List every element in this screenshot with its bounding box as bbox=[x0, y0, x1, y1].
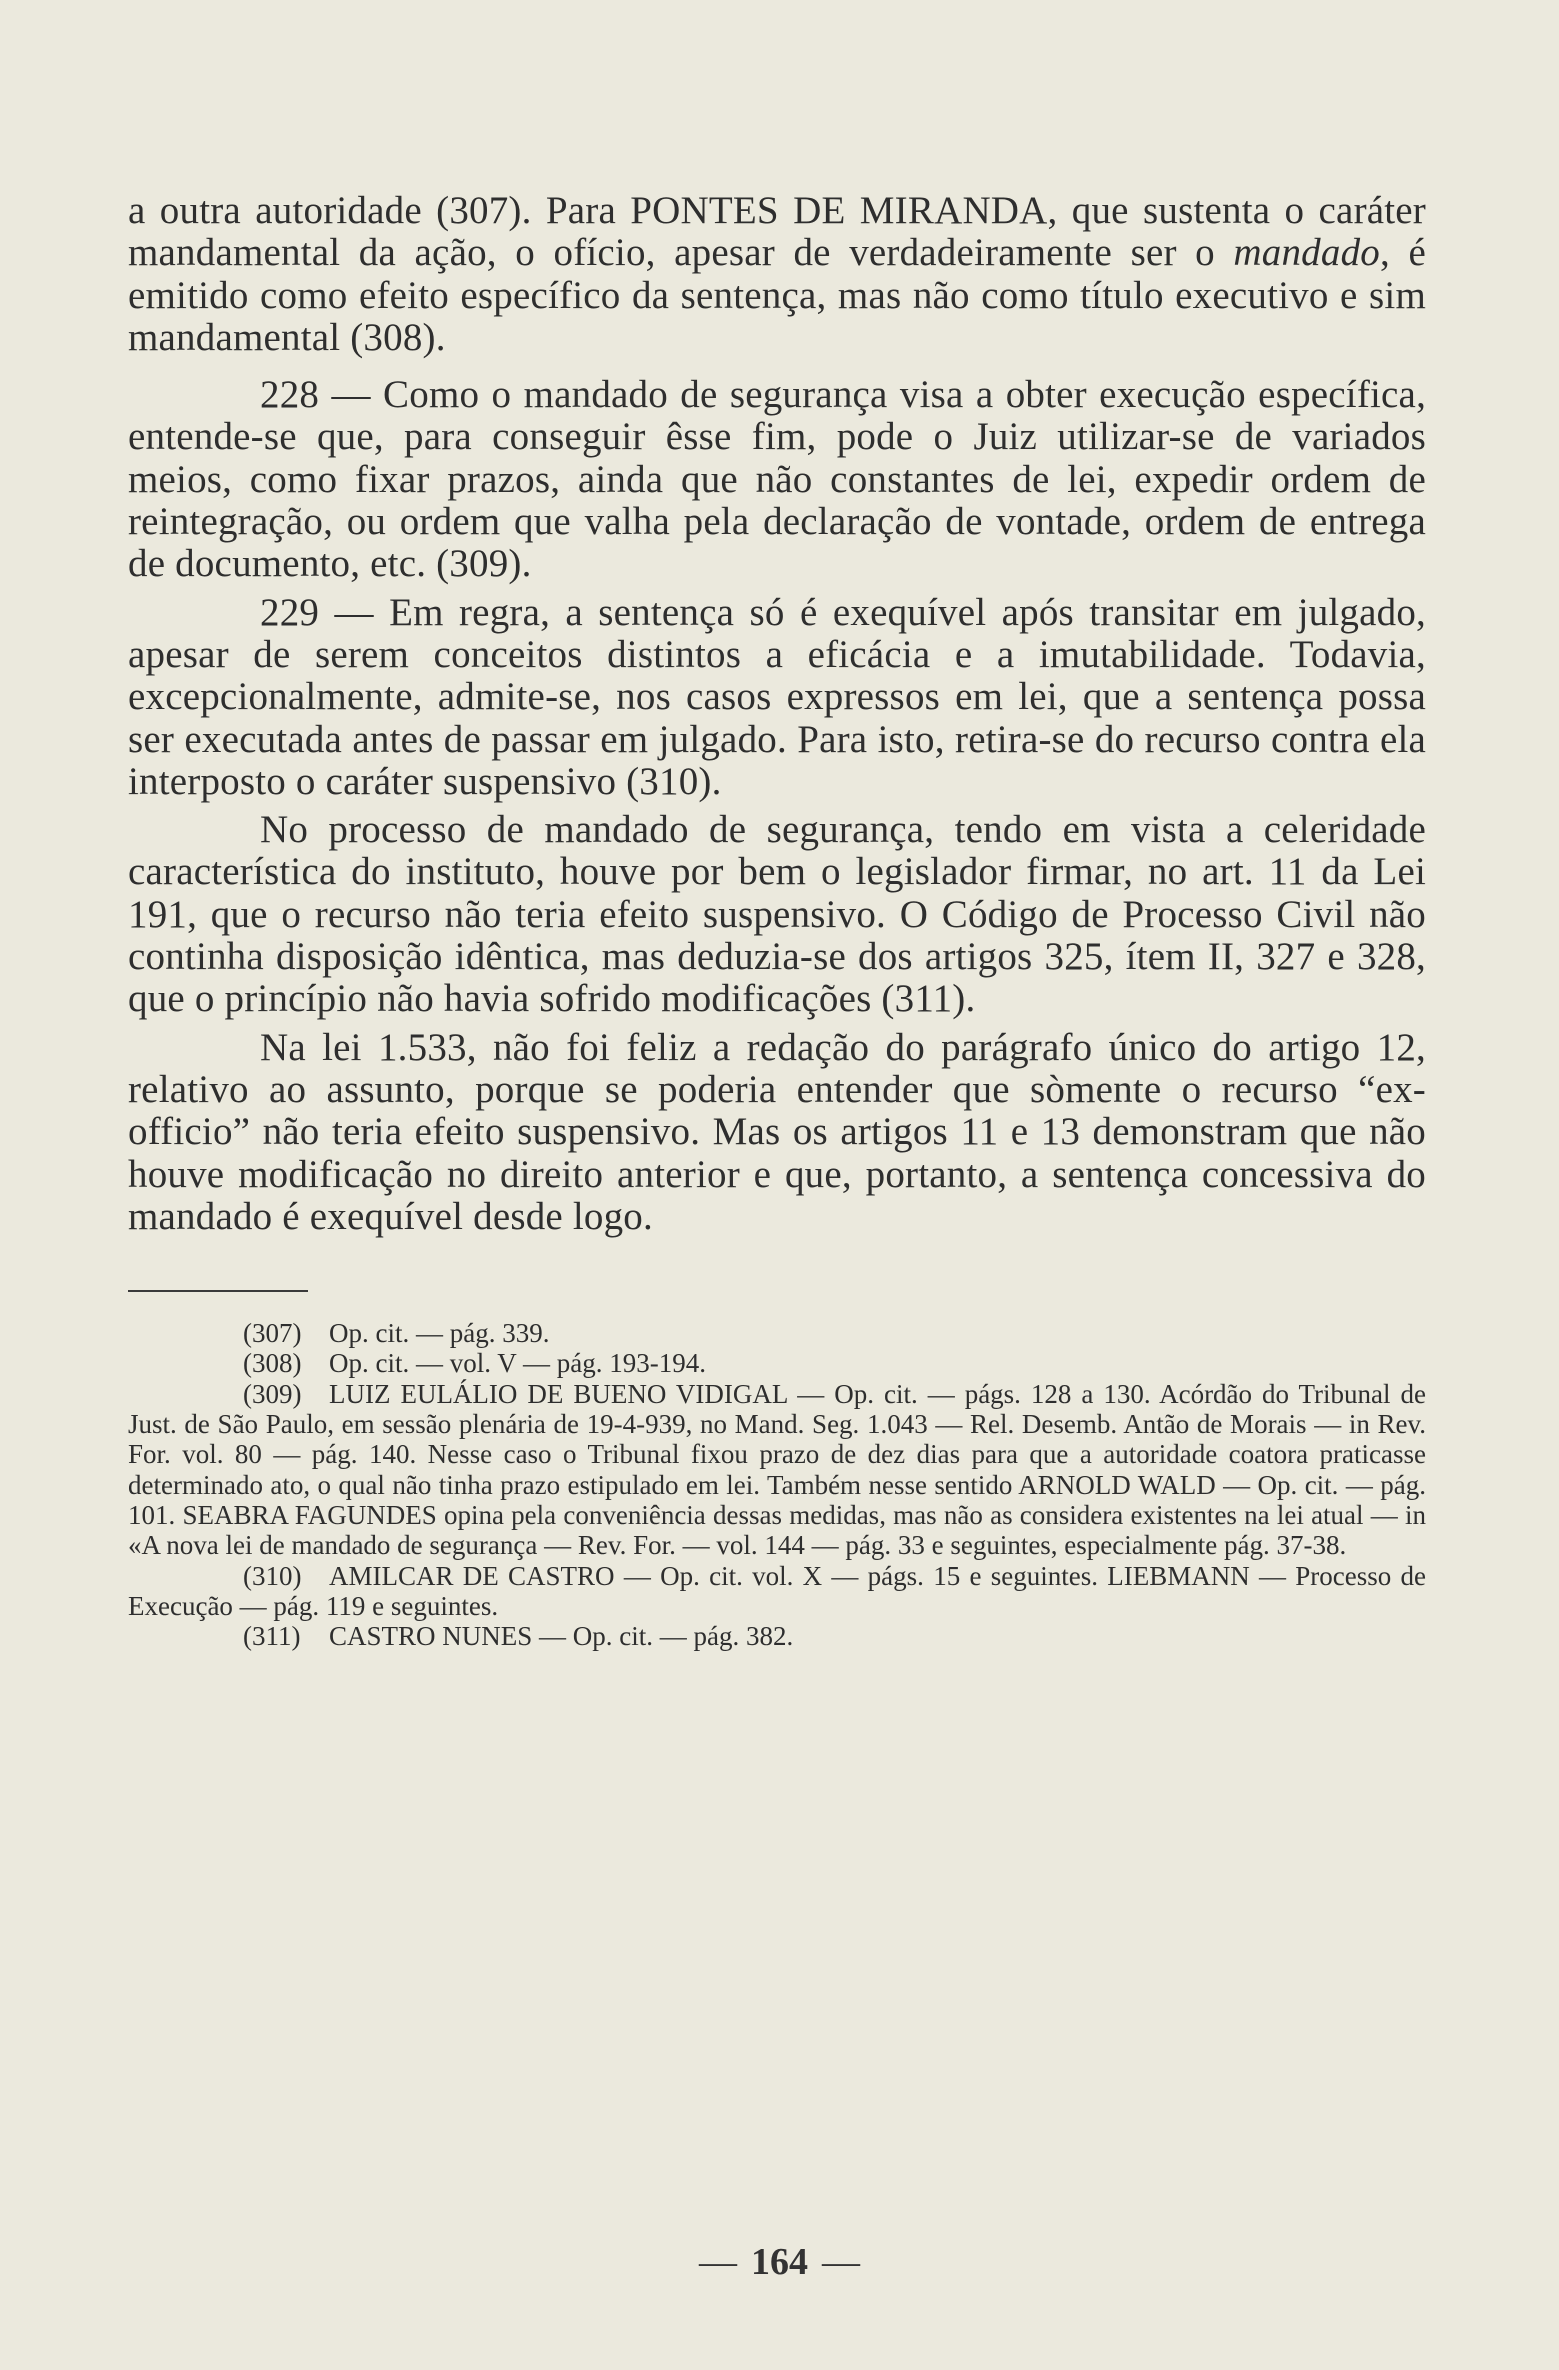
footnote-number: (307) bbox=[243, 1318, 329, 1348]
paragraph-text: Na lei 1.533, não foi feliz a redação do… bbox=[128, 1026, 1426, 1238]
footnote-311: (311)CASTRO NUNES — Op. cit. — pág. 382. bbox=[128, 1621, 1426, 1651]
footnote-309: (309)LUIZ EULÁLIO DE BUENO VIDIGAL — Op.… bbox=[128, 1379, 1426, 1561]
paragraph-229: 229 — Em regra, a sentença só é exequíve… bbox=[128, 592, 1426, 803]
section-number: 229 bbox=[260, 591, 319, 634]
em-dash: — bbox=[334, 591, 373, 634]
footnote-number: (310) bbox=[243, 1561, 329, 1591]
footnote-text: Op. cit. — pág. 339. bbox=[329, 1318, 549, 1348]
paragraph-228: 228 — Como o mandado de segurança visa a… bbox=[128, 374, 1426, 585]
page-number-value: 164 bbox=[751, 2241, 808, 2283]
footnote-text: CASTRO NUNES — Op. cit. — pág. 382. bbox=[329, 1621, 793, 1651]
footnote-divider bbox=[128, 1290, 308, 1292]
footnotes: (307)Op. cit. — pág. 339. (308)Op. cit. … bbox=[128, 1318, 1426, 1651]
book-page: a outra autoridade (307). Para PONTES DE… bbox=[128, 190, 1426, 1651]
footnote-310: (310)AMILCAR DE CASTRO — Op. cit. vol. X… bbox=[128, 1561, 1426, 1622]
footnote-307: (307)Op. cit. — pág. 339. bbox=[128, 1318, 1426, 1348]
paragraph-processo: No processo de mandado de segurança, ten… bbox=[128, 809, 1426, 1020]
paragraph-text: No processo de mandado de segurança, ten… bbox=[128, 808, 1426, 1020]
body-text: a outra autoridade (307). Para PONTES DE… bbox=[128, 190, 1426, 1238]
page-number-dash-right: — bbox=[822, 2241, 860, 2283]
paragraph-lei-1533: Na lei 1.533, não foi feliz a redação do… bbox=[128, 1027, 1426, 1238]
page-number: —164— bbox=[0, 2240, 1559, 2284]
italic-term: mandado bbox=[1233, 231, 1380, 274]
paragraph-continuation: a outra autoridade (307). Para PONTES DE… bbox=[128, 190, 1426, 359]
section-number: 228 bbox=[260, 373, 319, 416]
page-number-dash-left: — bbox=[699, 2241, 737, 2283]
em-dash: — bbox=[331, 373, 370, 416]
paragraph-text: Em regra, a sentença só é exequível após… bbox=[128, 591, 1426, 803]
paragraph-text: a outra autoridade (307). Para PONTES DE… bbox=[128, 189, 1426, 274]
footnote-number: (311) bbox=[243, 1621, 329, 1651]
footnote-text: Op. cit. — vol. V — pág. 193-194. bbox=[329, 1348, 706, 1378]
footnote-number: (309) bbox=[243, 1379, 329, 1409]
paragraph-text: Como o mandado de segurança visa a obter… bbox=[128, 373, 1426, 585]
footnote-number: (308) bbox=[243, 1348, 329, 1378]
footnote-308: (308)Op. cit. — vol. V — pág. 193-194. bbox=[128, 1348, 1426, 1378]
